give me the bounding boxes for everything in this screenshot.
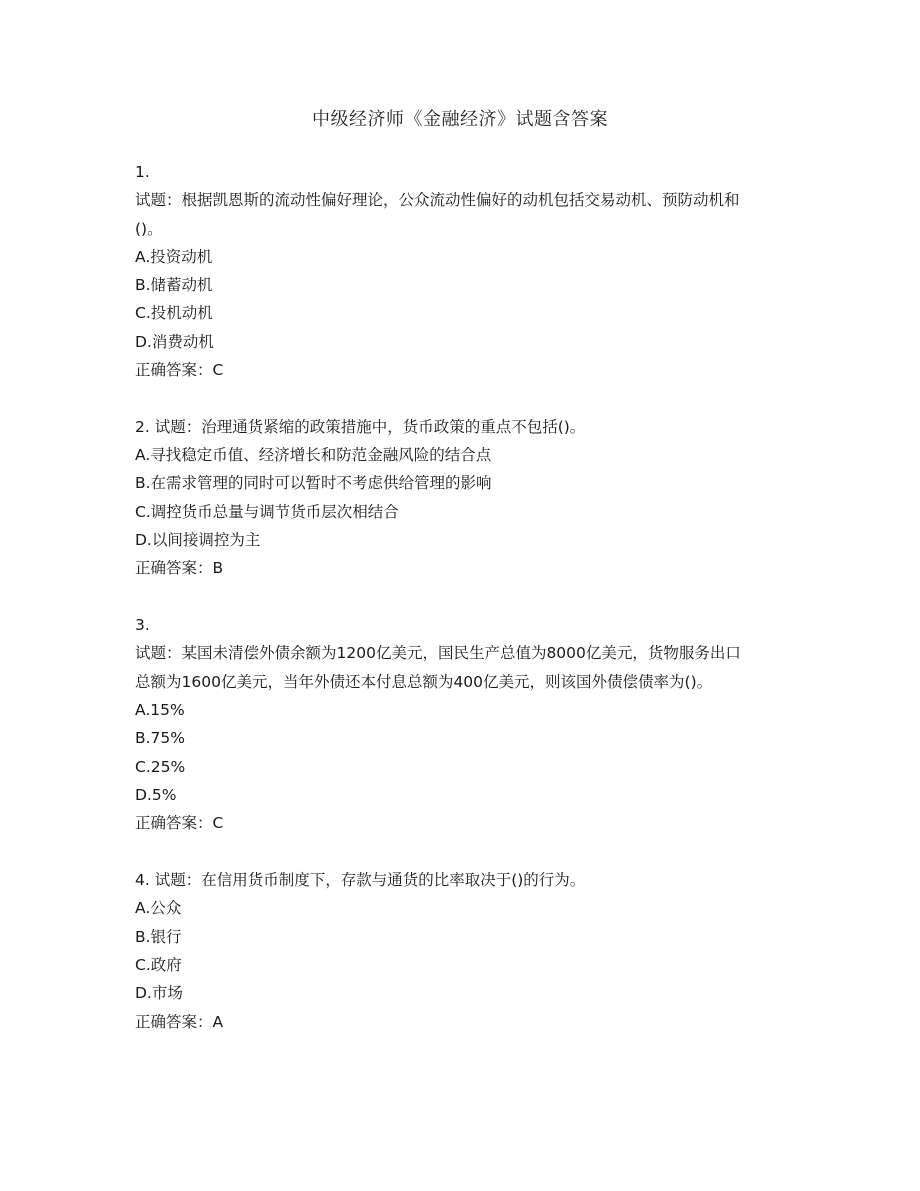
document-page: 中级经济师《金融经济》试题含答案 1. 试题：根据凯恩斯的流动性偏好理论，公众流… — [0, 0, 920, 1191]
option-d: D.市场 — [135, 979, 785, 1007]
option-b: B.银行 — [135, 923, 785, 951]
question-stem-line: 总额为1600亿美元，当年外债还本付息总额为400亿美元，则该国外债偿债率为()… — [135, 668, 785, 696]
option-c: C.25% — [135, 753, 785, 781]
question-3: 3. 试题：某国未清偿外债余额为1200亿美元，国民生产总值为8000亿美元，货… — [135, 611, 785, 837]
question-stem-line: 4. 试题：在信用货币制度下，存款与通货的比率取决于()的行为。 — [135, 866, 785, 894]
option-b: B.储蓄动机 — [135, 271, 785, 299]
option-b: B.在需求管理的同时可以暂时不考虑供给管理的影响 — [135, 469, 785, 497]
option-a: A.投资动机 — [135, 243, 785, 271]
option-c: C.投机动机 — [135, 299, 785, 327]
option-a: A.15% — [135, 696, 785, 724]
question-number: 3. — [135, 611, 785, 639]
question-number: 1. — [135, 158, 785, 186]
correct-answer: 正确答案：A — [135, 1008, 785, 1036]
question-4: 4. 试题：在信用货币制度下，存款与通货的比率取决于()的行为。 A.公众 B.… — [135, 866, 785, 1036]
document-title: 中级经济师《金融经济》试题含答案 — [0, 107, 920, 133]
correct-answer: 正确答案：B — [135, 554, 785, 582]
option-a: A.寻找稳定币值、经济增长和防范金融风险的结合点 — [135, 441, 785, 469]
option-d: D.5% — [135, 781, 785, 809]
option-d: D.消费动机 — [135, 328, 785, 356]
question-1: 1. 试题：根据凯恩斯的流动性偏好理论，公众流动性偏好的动机包括交易动机、预防动… — [135, 158, 785, 384]
question-2: 2. 试题：治理通货紧缩的政策措施中，货币政策的重点不包括()。 A.寻找稳定币… — [135, 413, 785, 583]
option-d: D.以间接调控为主 — [135, 526, 785, 554]
option-c: C.政府 — [135, 951, 785, 979]
question-stem-line: 试题：根据凯恩斯的流动性偏好理论，公众流动性偏好的动机包括交易动机、预防动机和 — [135, 186, 785, 214]
option-a: A.公众 — [135, 894, 785, 922]
question-list: 1. 试题：根据凯恩斯的流动性偏好理论，公众流动性偏好的动机包括交易动机、预防动… — [135, 158, 785, 1064]
question-stem-line: ()。 — [135, 215, 785, 243]
question-stem-line: 2. 试题：治理通货紧缩的政策措施中，货币政策的重点不包括()。 — [135, 413, 785, 441]
option-c: C.调控货币总量与调节货币层次相结合 — [135, 498, 785, 526]
question-stem-line: 试题：某国未清偿外债余额为1200亿美元，国民生产总值为8000亿美元，货物服务… — [135, 639, 785, 667]
option-b: B.75% — [135, 724, 785, 752]
correct-answer: 正确答案：C — [135, 809, 785, 837]
correct-answer: 正确答案：C — [135, 356, 785, 384]
